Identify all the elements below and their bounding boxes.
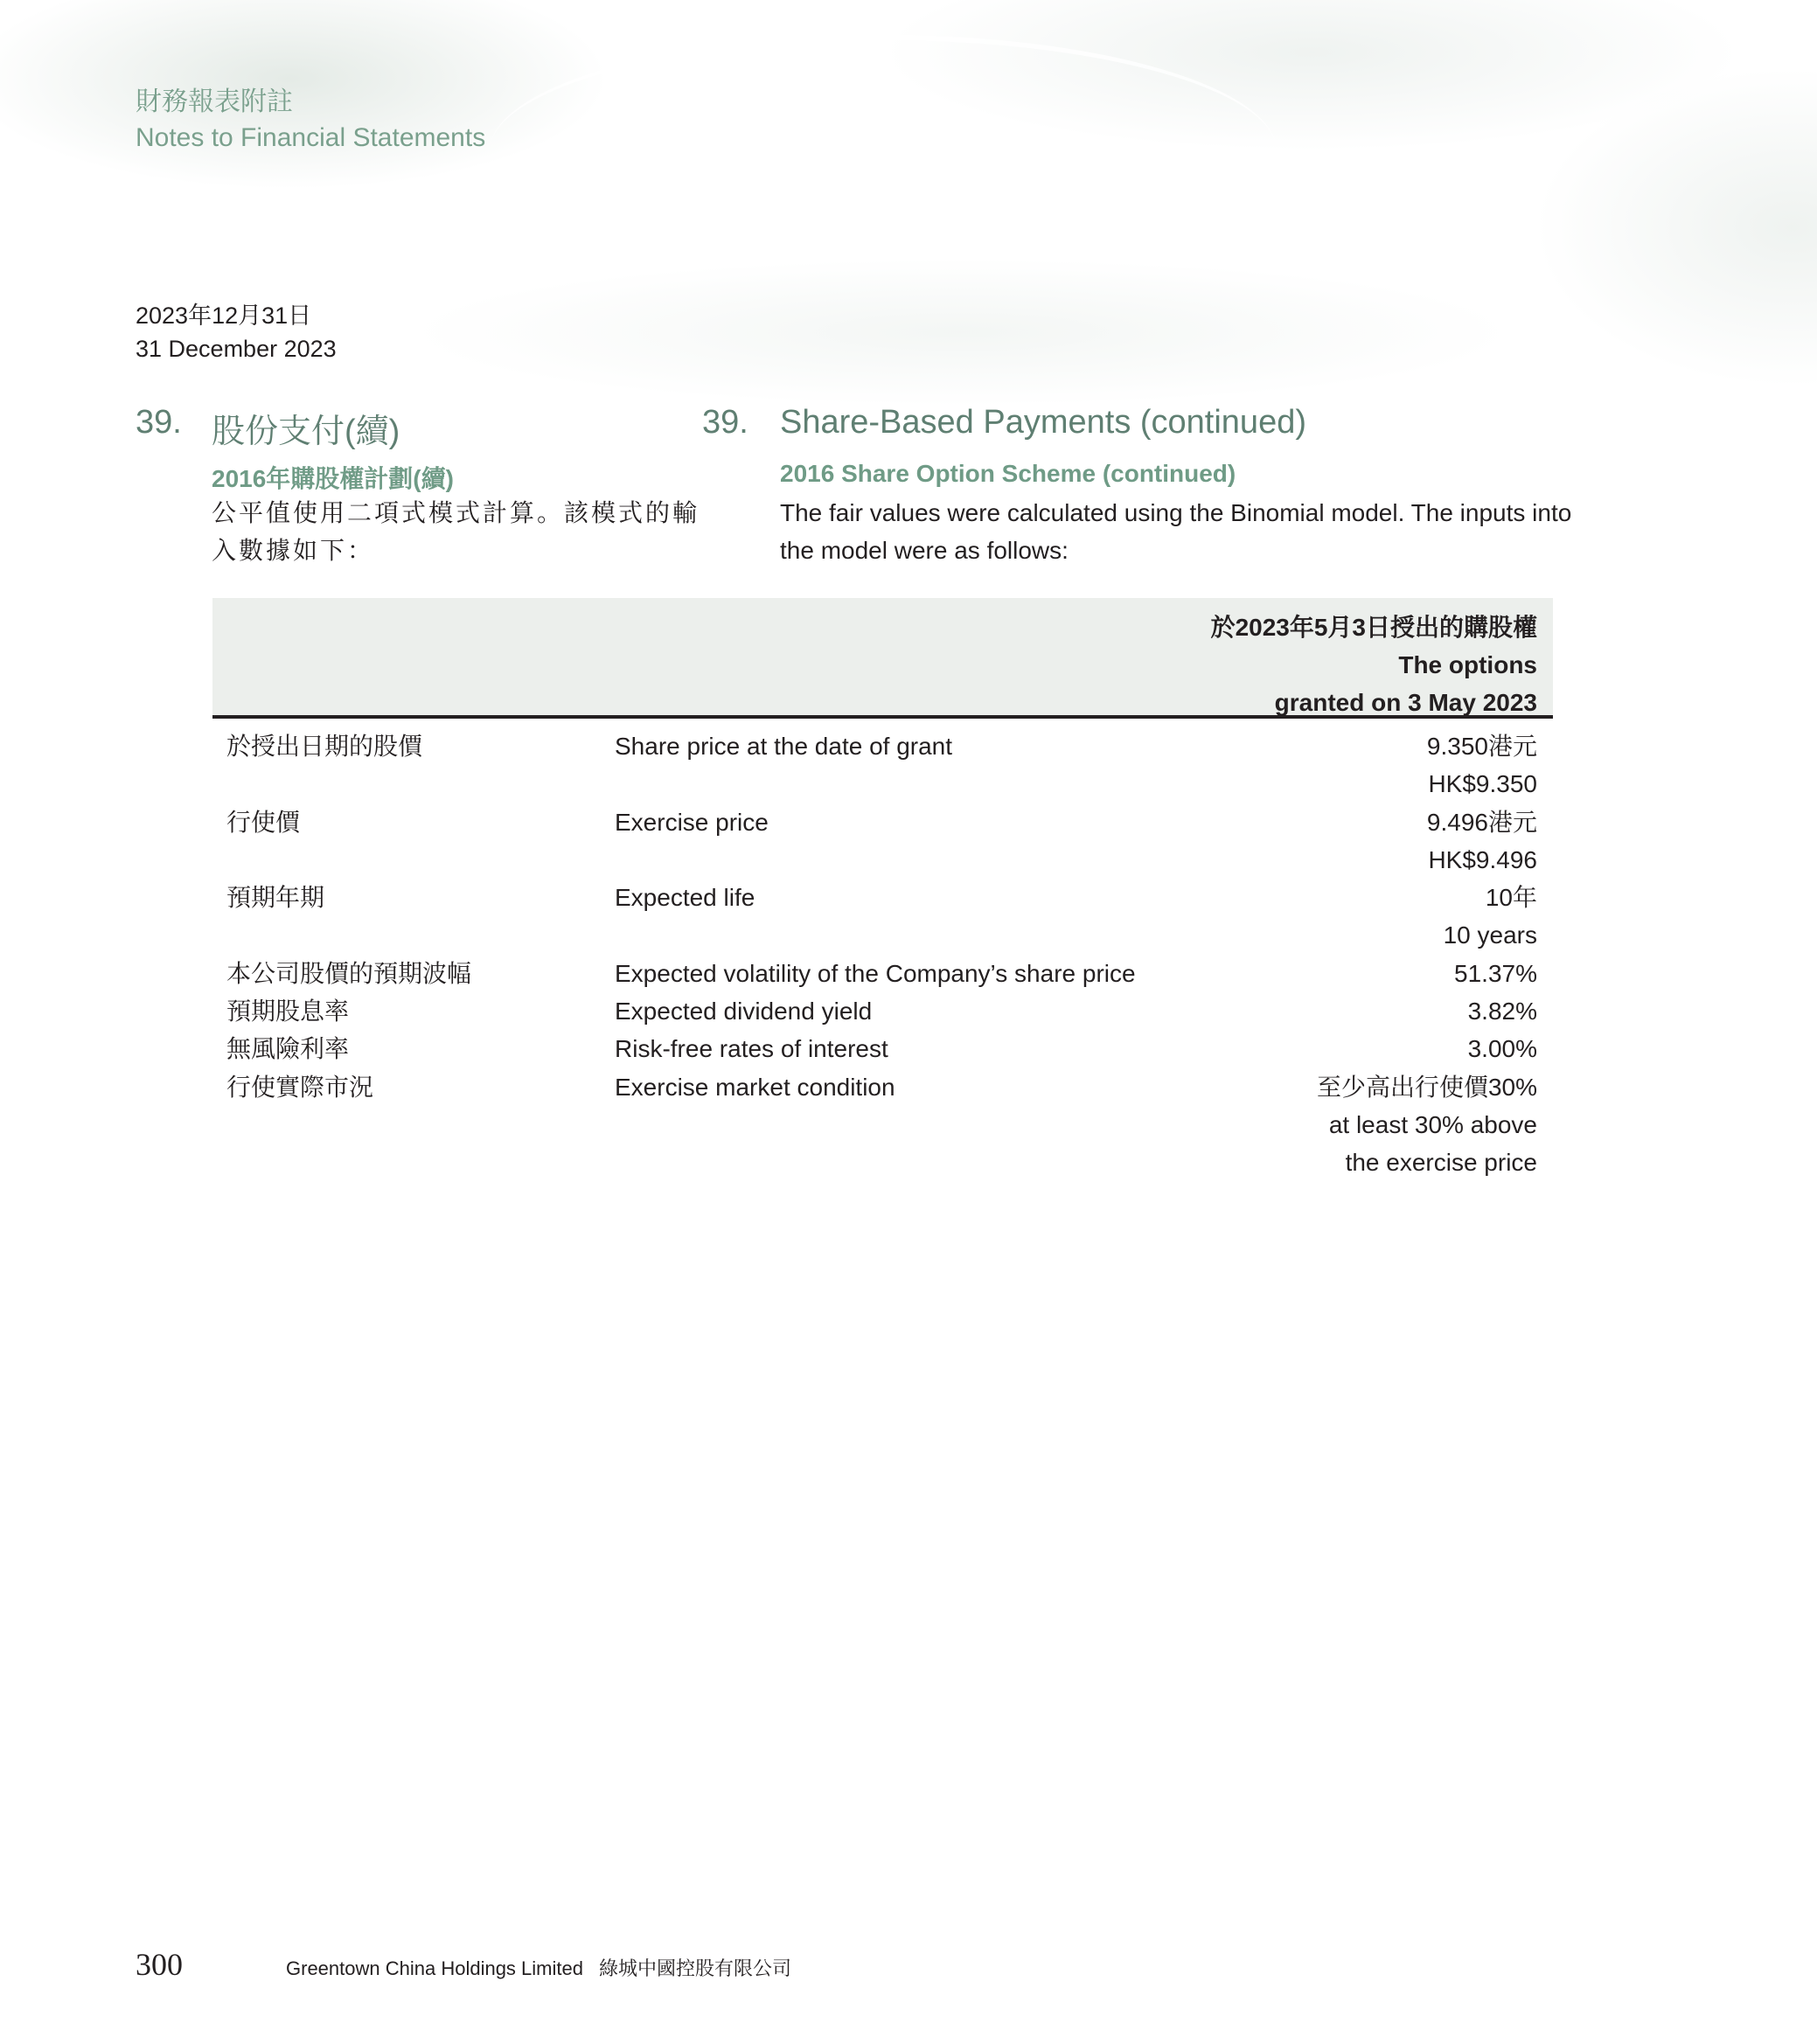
table-row-continuation: at least 30% above (212, 1106, 1553, 1144)
row-label-en: Expected dividend yield (615, 992, 1151, 1030)
row-label-zh (212, 916, 615, 954)
row-label-en (615, 1144, 1151, 1181)
row-label-en (615, 765, 1151, 803)
background-wash (0, 0, 1817, 455)
header-line-zh: 於2023年5月3日授出的購股權 (1211, 608, 1537, 646)
row-label-en: Expected life (615, 879, 1151, 916)
row-label-en (615, 1106, 1151, 1144)
intro-zh-line: 公平值使用二項式模式計算。該模式的輸 (212, 494, 700, 532)
row-value: 10 years (1151, 916, 1553, 954)
intro-text-zh: 公平值使用二項式模式計算。該模式的輸 入數據如下： (212, 494, 700, 569)
row-value: 51.37% (1151, 955, 1553, 992)
table-row-continuation: HK$9.350 (212, 765, 1553, 803)
table-row: 行使實際市況Exercise market condition至少高出行使價30… (212, 1068, 1553, 1106)
intro-en-line: the model were as follows: (780, 532, 1571, 569)
subsection-title-zh: 2016年購股權計劃(續) (212, 460, 454, 495)
table-row: 無風險利率Risk-free rates of interest3.00% (212, 1030, 1553, 1067)
table-row: 於授出日期的股價Share price at the date of grant… (212, 727, 1553, 765)
company-name-en: Greentown China Holdings Limited (286, 1957, 583, 1980)
row-label-en: Share price at the date of grant (615, 727, 1151, 765)
running-title-zh: 財務報表附註 (136, 84, 485, 120)
company-name-zh: 綠城中國控股有限公司 (599, 1954, 791, 1981)
date-zh: 2023年12月31日 (136, 299, 337, 332)
row-label-en (615, 916, 1151, 954)
running-header: 財務報表附註 Notes to Financial Statements (136, 84, 485, 156)
background-brush-stroke (490, 35, 1277, 268)
table-body: 於授出日期的股價Share price at the date of grant… (212, 719, 1553, 1182)
intro-en-line: The fair values were calculated using th… (780, 494, 1571, 532)
row-label-en (615, 841, 1151, 879)
row-value: 9.350港元 (1151, 727, 1553, 765)
row-label-zh: 本公司股價的預期波幅 (212, 955, 615, 992)
table-header: 於2023年5月3日授出的購股權 The options granted on … (212, 598, 1553, 719)
intro-text-en: The fair values were calculated using th… (780, 494, 1571, 569)
table-row: 預期年期Expected life10年 (212, 879, 1553, 916)
section-title-en: Share-Based Payments (continued) (780, 404, 1306, 441)
intro-zh-line: 入數據如下： (212, 532, 700, 569)
row-label-en: Expected volatility of the Company’s sha… (615, 955, 1151, 992)
table-row: 本公司股價的預期波幅Expected volatility of the Com… (212, 955, 1553, 992)
row-label-zh: 於授出日期的股價 (212, 727, 615, 765)
table-row: 行使價Exercise price9.496港元 (212, 803, 1553, 841)
row-label-zh (212, 841, 615, 879)
row-value: the exercise price (1151, 1144, 1553, 1181)
row-label-zh (212, 1144, 615, 1181)
header-line-en: The options (1211, 646, 1537, 684)
date-en: 31 December 2023 (136, 332, 337, 365)
header-line-en: granted on 3 May 2023 (1211, 684, 1537, 721)
row-value: at least 30% above (1151, 1106, 1553, 1144)
row-value: 3.00% (1151, 1030, 1553, 1067)
report-date: 2023年12月31日 31 December 2023 (136, 299, 337, 365)
row-value: 3.82% (1151, 992, 1553, 1030)
section-number-en: 39. (702, 404, 748, 441)
page-number: 300 (136, 1946, 183, 1983)
section-number-zh: 39. (136, 404, 182, 441)
row-value: 至少高出行使價30% (1151, 1068, 1553, 1106)
table-row-continuation: HK$9.496 (212, 841, 1553, 879)
option-inputs-table: 於2023年5月3日授出的購股權 The options granted on … (212, 598, 1553, 1182)
row-label-zh: 行使實際市況 (212, 1068, 615, 1106)
row-label-zh: 無風險利率 (212, 1030, 615, 1067)
row-label-en: Risk-free rates of interest (615, 1030, 1151, 1067)
row-value: HK$9.350 (1151, 765, 1553, 803)
section-title-zh: 股份支付(續) (212, 404, 400, 452)
row-value: 9.496港元 (1151, 803, 1553, 841)
page-footer: 300 Greentown China Holdings Limited 綠城中… (136, 1946, 791, 1983)
column-header-grant-date: 於2023年5月3日授出的購股權 The options granted on … (1211, 608, 1537, 721)
row-label-zh (212, 1106, 615, 1144)
row-value: HK$9.496 (1151, 841, 1553, 879)
subsection-title-en: 2016 Share Option Scheme (continued) (780, 460, 1236, 488)
table-row: 預期股息率Expected dividend yield3.82% (212, 992, 1553, 1030)
row-label-zh: 行使價 (212, 803, 615, 841)
table-row-continuation: the exercise price (212, 1144, 1553, 1181)
row-value: 10年 (1151, 879, 1553, 916)
row-label-zh (212, 765, 615, 803)
table-row-continuation: 10 years (212, 916, 1553, 954)
row-label-zh: 預期年期 (212, 879, 615, 916)
row-label-zh: 預期股息率 (212, 992, 615, 1030)
row-label-en: Exercise market condition (615, 1068, 1151, 1106)
running-title-en: Notes to Financial Statements (136, 120, 485, 156)
row-label-en: Exercise price (615, 803, 1151, 841)
